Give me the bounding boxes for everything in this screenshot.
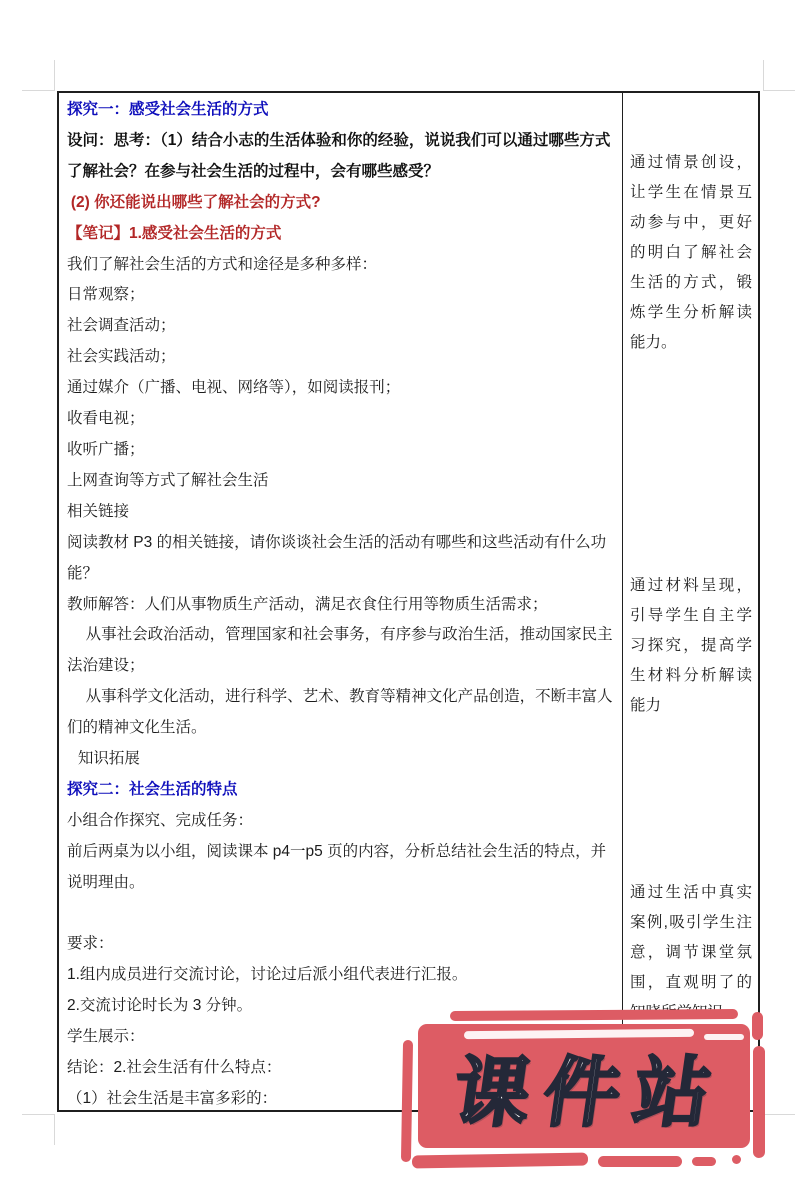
- stamp-brush-stroke-right: [752, 1012, 763, 1040]
- lesson-paragraph: 小组合作探究、完成任务：: [67, 806, 617, 837]
- table-cell-lesson-content: 探究一：感受社会生活的方式设问：思考：（1）结合小志的生活体验和你的经验，说说我…: [59, 93, 623, 1110]
- lesson-paragraph: 从事社会政治活动，管理国家和社会事务，有序参与政治生活，推动国家民主法治建设；: [67, 620, 617, 682]
- page-boundary-mark-top-left-v: [54, 60, 55, 91]
- stamp-brush-stroke-left: [401, 1040, 413, 1162]
- lesson-paragraph: 教师解答：人们从事物质生产活动，满足衣食住行用等物质生活需求；: [67, 590, 617, 621]
- lesson-paragraph: 上网查询等方式了解社会生活: [67, 466, 617, 497]
- stamp-brush-stroke-top: [450, 1009, 738, 1021]
- stamp-background: 课件站: [418, 1024, 750, 1148]
- lesson-paragraph: 【笔记】1.感受社会生活的方式: [67, 219, 617, 250]
- table-cell-design-intent-notes: 通过情景创设，让学生在情景互动参与中，更好的明白了解社会生活的方式，锻炼学生分析…: [623, 93, 758, 1110]
- lesson-paragraph: 知识拓展: [67, 744, 617, 775]
- lesson-paragraph: 收听广播；: [67, 435, 617, 466]
- lesson-paragraph: 要求：: [67, 929, 617, 960]
- page-boundary-mark-top-right-h: [763, 90, 795, 91]
- lesson-paragraph: 阅读教材 P3 的相关链接，请你谈谈社会生活的活动有哪些和这些活动有什么功能？: [67, 528, 617, 590]
- page-boundary-mark-bottom-left-v: [54, 1114, 55, 1145]
- lesson-paragraph: 通过媒介（广播、电视、网络等），如阅读报刊；: [67, 373, 617, 404]
- stamp-text: 课件站: [418, 1024, 750, 1148]
- lesson-paragraph: 1.组内成员进行交流讨论，讨论过后派小组代表进行汇报。: [67, 960, 617, 991]
- lesson-paragraph: 前后两桌为以小组，阅读课本 p4一p5 页的内容，分析总结社会生活的特点，并说明…: [67, 837, 617, 899]
- lesson-paragraph: 收看电视；: [67, 404, 617, 435]
- stamp-brush-stroke-right: [753, 1046, 765, 1158]
- page-boundary-mark-top-left-h: [22, 90, 54, 91]
- design-intent-note: 通过情景创设，让学生在情景互动参与中，更好的明白了解社会生活的方式，锻炼学生分析…: [630, 148, 752, 358]
- lesson-paragraph: 日常观察；: [67, 280, 617, 311]
- lesson-plan-table: 探究一：感受社会生活的方式设问：思考：（1）结合小志的生活体验和你的经验，说说我…: [57, 91, 760, 1112]
- lesson-paragraph: 从事科学文化活动，进行科学、艺术、教育等精神文化产品创造，不断丰富人们的精神文化…: [67, 682, 617, 744]
- stamp-brush-stroke-bottom: [692, 1157, 716, 1166]
- stamp-brush-stroke-bottom: [598, 1156, 682, 1167]
- lesson-paragraph: 设问：思考：（1）结合小志的生活体验和你的经验，说说我们可以通过哪些方式了解社会…: [67, 126, 617, 188]
- stamp-brush-stroke-bottom: [732, 1155, 741, 1164]
- lesson-paragraph: 我们了解社会生活的方式和途径是多种多样：: [67, 250, 617, 281]
- page-boundary-mark-bottom-left-h: [22, 1114, 54, 1115]
- lesson-paragraph: 社会调查活动；: [67, 311, 617, 342]
- page-boundary-mark-top-right-v: [763, 60, 764, 91]
- design-intent-note: 通过生活中真实案例,吸引学生注意，调节课堂氛围，直观明了的知晓所学知识: [630, 878, 752, 1028]
- lesson-paragraph: 探究二：社会生活的特点: [67, 775, 617, 806]
- stamp-brush-stroke-bottom: [412, 1152, 588, 1168]
- kejianzhan-watermark-stamp: 课件站: [398, 1008, 770, 1172]
- lesson-paragraph: 社会实践活动；: [67, 342, 617, 373]
- lesson-paragraph: 探究一：感受社会生活的方式: [67, 95, 617, 126]
- lesson-paragraph: 相关链接: [67, 497, 617, 528]
- lesson-paragraph: [67, 899, 617, 930]
- design-intent-note: 通过材料呈现，引导学生自主学习探究，提高学生材料分析解读能力: [630, 571, 752, 721]
- lesson-paragraph: (2) 你还能说出哪些了解社会的方式?: [67, 188, 617, 219]
- document-page: { "colors": { "heading_blue": "#0d0dbb",…: [0, 0, 800, 1200]
